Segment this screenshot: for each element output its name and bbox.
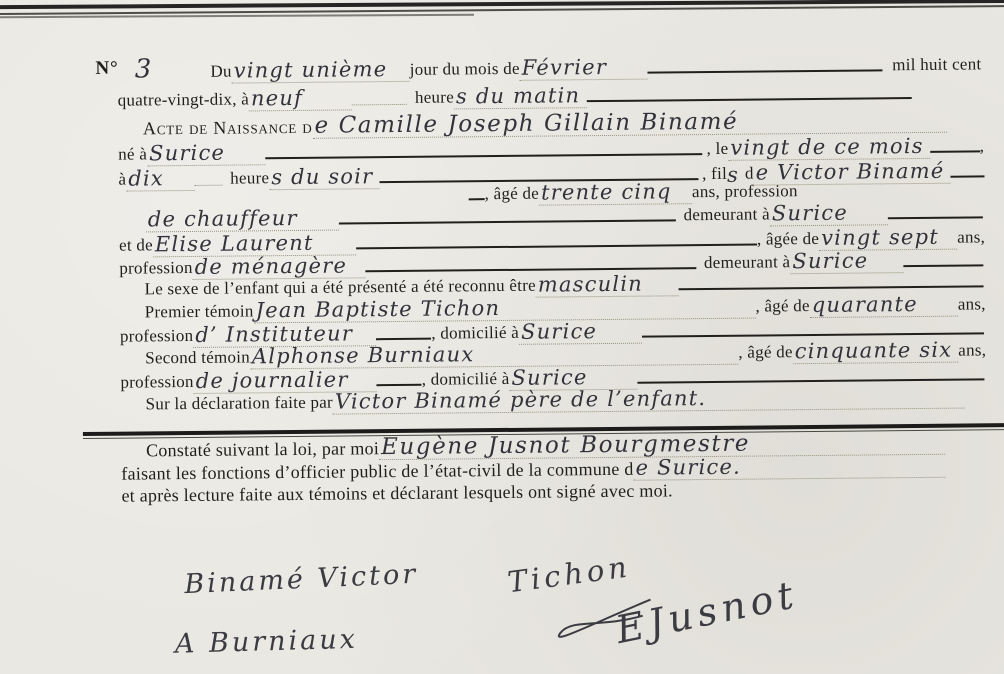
handwritten-hour: neuf — [249, 86, 352, 111]
printed-quatre-vingt-dix: quatre-vingt-dix, à — [118, 88, 249, 111]
handwritten-day: vingt unième — [232, 58, 410, 84]
printed-a: à — [118, 169, 126, 191]
handwritten-declarant: Victor Binamé père de l’enfant. — [333, 385, 965, 415]
record-number-value: 3 — [135, 58, 153, 80]
printed-du: Du — [210, 61, 231, 83]
printed-heure: heure — [415, 86, 454, 108]
printed-lecture: et après lecture faite aux témoins et dé… — [121, 479, 672, 506]
fill-rule — [586, 97, 912, 102]
signature-first-witness: Tichon — [506, 549, 633, 599]
printed-heure: heure — [230, 167, 269, 189]
printed-declaration: Sur la déclaration faite par — [146, 392, 334, 416]
handwritten-du-soir: s du soir — [269, 165, 379, 190]
printed-mil-huit-cent: mil huit cent — [892, 53, 981, 76]
record-number-label: N° — [95, 58, 119, 80]
handwritten-month: Février — [520, 56, 648, 81]
fill-rule — [930, 150, 980, 152]
form-body: N° 3 Du vingt unième jour du mois de Fév… — [0, 0, 1004, 674]
signature-flourish — [530, 593, 701, 655]
dotted-fill — [194, 185, 222, 186]
handwritten-du-matin: s du matin — [454, 84, 586, 109]
birth-certificate-scan: N° 3 Du vingt unième jour du mois de Fév… — [0, 0, 1004, 674]
printed-jour-du-mois: jour du mois de — [410, 58, 520, 81]
dotted-fill — [352, 104, 407, 106]
signature-father: Binamé Victor — [184, 559, 419, 600]
signature-second-witness: A Burniaux — [175, 624, 359, 660]
fill-rule — [888, 216, 983, 219]
record-number-block: N° 3 — [95, 57, 152, 80]
handwritten-birth-hour: dix — [126, 167, 194, 192]
fill-rule — [648, 69, 883, 73]
